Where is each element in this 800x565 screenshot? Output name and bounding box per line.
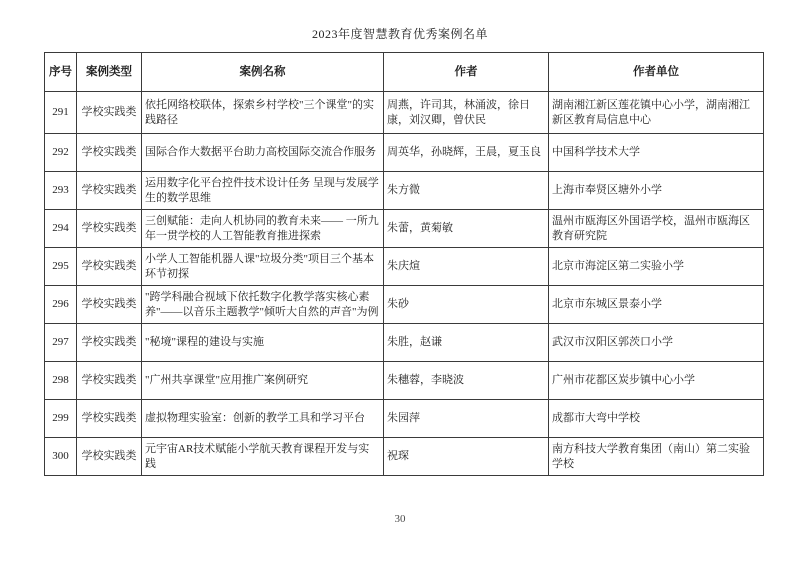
cell-no: 296 xyxy=(45,286,77,324)
table-row: 295学校实践类小学人工智能机器人课"垃圾分类"项目三个基本环节初探朱庆煊北京市… xyxy=(45,248,764,286)
cell-case-type: 学校实践类 xyxy=(77,362,142,400)
cell-case-type: 学校实践类 xyxy=(77,324,142,362)
column-header-name: 案例名称 xyxy=(142,53,384,92)
cell-no: 297 xyxy=(45,324,77,362)
cell-case-name: 元宇宙AR技术赋能小学航天教育课程开发与实践 xyxy=(142,438,384,476)
cell-authors: 朱砂 xyxy=(384,286,549,324)
cell-authors: 朱穗蓉，李晓波 xyxy=(384,362,549,400)
table-row: 298学校实践类"广州共享课堂"应用推广案例研究朱穗蓉，李晓波广州市花都区炭步镇… xyxy=(45,362,764,400)
cell-author-org: 上海市奉贤区塘外小学 xyxy=(549,172,764,210)
cell-authors: 周英华，孙晓辉，王晨，夏玉良 xyxy=(384,134,549,172)
table-row: 293学校实践类运用数字化平台控件技术设计任务 呈现与发展学生的数学思维朱方微上… xyxy=(45,172,764,210)
cell-authors: 朱胜，赵谦 xyxy=(384,324,549,362)
cell-case-type: 学校实践类 xyxy=(77,438,142,476)
cell-authors: 周燕，许司其，林涌波，徐日康，刘汉卿，曾伏民 xyxy=(384,92,549,134)
page-title: 2023年度智慧教育优秀案例名单 xyxy=(0,25,800,42)
cell-case-type: 学校实践类 xyxy=(77,400,142,438)
cell-author-org: 北京市东城区景泰小学 xyxy=(549,286,764,324)
cell-no: 291 xyxy=(45,92,77,134)
cell-authors: 朱园萍 xyxy=(384,400,549,438)
document-page: 2023年度智慧教育优秀案例名单 序号 案例类型 案例名称 作者 作者单位 29… xyxy=(0,0,800,565)
cell-authors: 朱庆煊 xyxy=(384,248,549,286)
table-row: 299学校实践类虚拟物理实验室：创新的教学工具和学习平台朱园萍成都市大弯中学校 xyxy=(45,400,764,438)
cell-author-org: 温州市瓯海区外国语学校，温州市瓯海区教育研究院 xyxy=(549,210,764,248)
cell-author-org: 成都市大弯中学校 xyxy=(549,400,764,438)
column-header-type: 案例类型 xyxy=(77,53,142,92)
cell-case-type: 学校实践类 xyxy=(77,286,142,324)
cell-author-org: 北京市海淀区第二实验小学 xyxy=(549,248,764,286)
table-row: 296学校实践类"跨学科融合视域下依托数字化教学落实核心素养"——以音乐主题教学… xyxy=(45,286,764,324)
table-row: 294学校实践类三创赋能：走向人机协同的教育未来—— 一所九年一贯学校的人工智能… xyxy=(45,210,764,248)
cell-no: 295 xyxy=(45,248,77,286)
cell-case-name: 国际合作大数据平台助力高校国际交流合作服务 xyxy=(142,134,384,172)
table-row: 300学校实践类元宇宙AR技术赋能小学航天教育课程开发与实践祝琛南方科技大学教育… xyxy=(45,438,764,476)
cell-authors: 朱蕾，黄菊敏 xyxy=(384,210,549,248)
table-row: 291学校实践类依托网络校联体，探索乡村学校"三个课堂"的实践路径周燕，许司其，… xyxy=(45,92,764,134)
cell-no: 292 xyxy=(45,134,77,172)
column-header-authors: 作者 xyxy=(384,53,549,92)
cell-case-type: 学校实践类 xyxy=(77,134,142,172)
table-row: 292学校实践类国际合作大数据平台助力高校国际交流合作服务周英华，孙晓辉，王晨，… xyxy=(45,134,764,172)
cell-author-org: 湖南湘江新区莲花镇中心小学，湖南湘江新区教育局信息中心 xyxy=(549,92,764,134)
cell-case-name: "广州共享课堂"应用推广案例研究 xyxy=(142,362,384,400)
cell-no: 299 xyxy=(45,400,77,438)
case-list-table: 序号 案例类型 案例名称 作者 作者单位 291学校实践类依托网络校联体，探索乡… xyxy=(44,52,764,476)
cell-author-org: 广州市花都区炭步镇中心小学 xyxy=(549,362,764,400)
cell-no: 298 xyxy=(45,362,77,400)
cell-no: 294 xyxy=(45,210,77,248)
cell-case-type: 学校实践类 xyxy=(77,172,142,210)
page-number: 30 xyxy=(0,513,800,525)
cell-author-org: 武汉市汉阳区郭茨口小学 xyxy=(549,324,764,362)
cell-case-name: "跨学科融合视域下依托数字化教学落实核心素养"——以音乐主题教学"倾听大自然的声… xyxy=(142,286,384,324)
cell-author-org: 南方科技大学教育集团（南山）第二实验学校 xyxy=(549,438,764,476)
cell-case-type: 学校实践类 xyxy=(77,248,142,286)
cell-case-name: 依托网络校联体，探索乡村学校"三个课堂"的实践路径 xyxy=(142,92,384,134)
cell-case-name: "秘境"课程的建设与实施 xyxy=(142,324,384,362)
cell-no: 293 xyxy=(45,172,77,210)
cell-case-type: 学校实践类 xyxy=(77,92,142,134)
cell-case-name: 运用数字化平台控件技术设计任务 呈现与发展学生的数学思维 xyxy=(142,172,384,210)
cell-case-name: 虚拟物理实验室：创新的教学工具和学习平台 xyxy=(142,400,384,438)
column-header-org: 作者单位 xyxy=(549,53,764,92)
table-body: 291学校实践类依托网络校联体，探索乡村学校"三个课堂"的实践路径周燕，许司其，… xyxy=(45,92,764,476)
cell-authors: 祝琛 xyxy=(384,438,549,476)
cell-case-name: 小学人工智能机器人课"垃圾分类"项目三个基本环节初探 xyxy=(142,248,384,286)
table-header-row: 序号 案例类型 案例名称 作者 作者单位 xyxy=(45,53,764,92)
table-row: 297学校实践类"秘境"课程的建设与实施朱胜，赵谦武汉市汉阳区郭茨口小学 xyxy=(45,324,764,362)
column-header-no: 序号 xyxy=(45,53,77,92)
cell-case-type: 学校实践类 xyxy=(77,210,142,248)
cell-authors: 朱方微 xyxy=(384,172,549,210)
cell-author-org: 中国科学技术大学 xyxy=(549,134,764,172)
cell-case-name: 三创赋能：走向人机协同的教育未来—— 一所九年一贯学校的人工智能教育推进探索 xyxy=(142,210,384,248)
cell-no: 300 xyxy=(45,438,77,476)
